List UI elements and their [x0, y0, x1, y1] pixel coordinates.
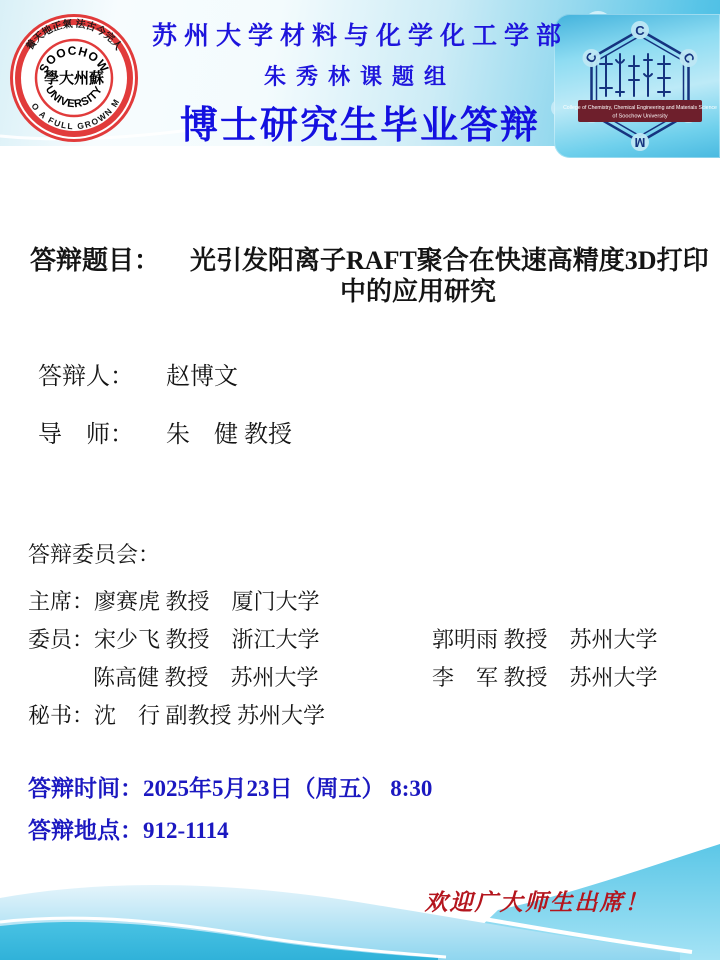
member-name: 李 军 教授 苏州大学 — [432, 665, 658, 690]
topic-line2: 中的应用研究 — [340, 277, 496, 307]
defense-time-row: 答辩时间：2025年5月23日（周五） 8:30 — [28, 776, 432, 802]
member-name: 郭明雨 教授 苏州大学 — [432, 627, 658, 652]
committee-secretary-row: 秘书：沈 行 副教授 苏州大学 — [28, 703, 325, 728]
committee-member-row: 郭明雨 教授 苏州大学 — [432, 627, 658, 652]
defense-title: 博士研究生毕业答辩 — [95, 94, 625, 149]
committee-member-row: 委员：宋少飞 教授 浙江大学 — [28, 627, 320, 652]
chair-label: 主席： — [28, 589, 94, 614]
college-seal-characters — [600, 54, 670, 96]
topic-label: 答辩题目： — [30, 246, 160, 275]
header-group-line: 朱秀林课题组 — [145, 60, 575, 91]
logo-vertex-letter: M — [635, 135, 646, 150]
advisor-name: 朱 健 教授 — [166, 422, 292, 448]
member-name: 宋少飞 教授 浙江大学 — [94, 627, 320, 652]
topic-line1: 答辩题目：光引发阳离子RAFT聚合在快速高精度3D打印 — [30, 246, 709, 276]
candidate-label: 答辩人： — [38, 364, 134, 390]
committee-member-row: 李 军 教授 苏州大学 — [432, 665, 658, 690]
chair-name: 廖赛虎 教授 厦门大学 — [94, 589, 320, 614]
candidate-row: 答辩人：赵博文 — [38, 364, 238, 392]
member-label: 委员： — [28, 627, 94, 652]
committee-chair-row: 主席：廖赛虎 教授 厦门大学 — [28, 589, 320, 614]
time-label: 答辩时间： — [28, 776, 143, 801]
welcome-text: 欢迎广大师生出席！ — [412, 884, 662, 917]
topic-text: 光引发阳离子RAFT聚合在快速高精度3D打印 — [190, 246, 709, 275]
header-dept-line: 苏州大学材料与化学化工学部 — [145, 16, 575, 52]
committee-heading: 答辩委员会： — [28, 542, 160, 567]
advisor-row: 导 师：朱 健 教授 — [38, 422, 292, 450]
poster: 養天地正氣 法古今完人 UNTO A FULL GROWN MAN SOOCHO… — [0, 0, 720, 960]
secretary-name: 沈 行 副教授 苏州大学 — [94, 703, 325, 728]
committee-member-row: 陈高健 教授 苏州大学 — [93, 665, 319, 690]
time-value: 2025年5月23日（周五） 8:30 — [143, 776, 432, 801]
logo-vertex-letter: C — [635, 23, 645, 38]
secretary-label: 秘书： — [28, 703, 94, 728]
candidate-name: 赵博文 — [166, 364, 238, 390]
header-band: 養天地正氣 法古今完人 UNTO A FULL GROWN MAN SOOCHO… — [0, 0, 720, 146]
member-name: 陈高健 教授 苏州大学 — [93, 665, 319, 690]
advisor-label: 导 师： — [38, 422, 134, 448]
